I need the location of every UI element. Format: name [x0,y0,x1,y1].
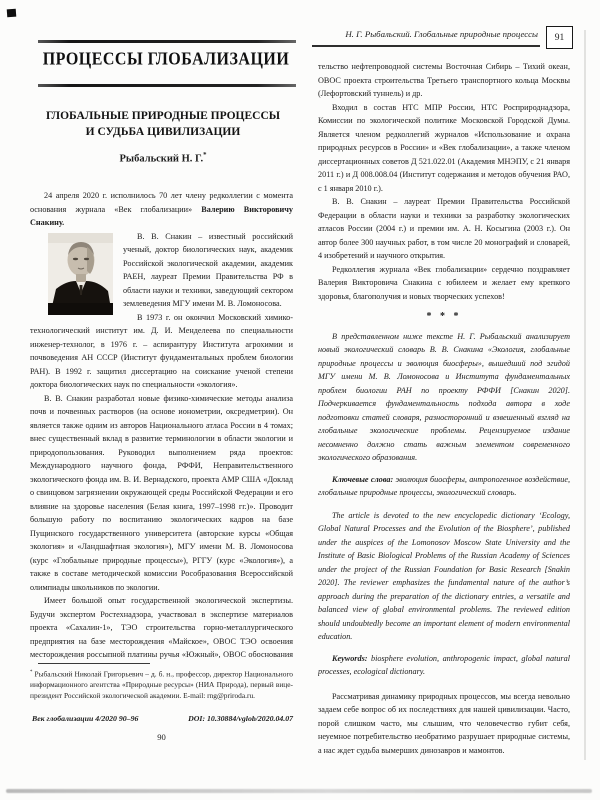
section-header: ПРОЦЕССЫ ГЛОБАЛИЗАЦИИ [40,48,292,69]
portrait-photo-graphic [48,233,113,315]
running-head: Н. Г. Рыбальский. Глобальные природные п… [312,29,538,39]
journal-issue-ref: Век глобализации 4/2020 90–96 [32,714,138,723]
paragraph-congratulation: Редколлегия журнала «Век глобализации» с… [318,263,570,304]
paragraph-intro: 24 апреля 2020 г. исполнилось 70 лет чле… [30,189,293,230]
keywords-ru-label: Ключевые слова: [332,475,393,484]
footnote-divider [38,663,150,664]
author-photo [48,233,113,315]
footnote: * Рыбальский Николай Григорьевич – д. б.… [30,668,293,701]
paragraph-councils: Входил в состав НТС МПР России, НТС Росп… [318,101,570,196]
paragraph-awards: В. В. Снакин – лауреат Премии Правительс… [318,195,570,263]
keywords-en-label: Keywords: [332,654,367,663]
section-rule-top [38,40,296,43]
section-rule-bottom [38,84,296,87]
doi-ref: DOI: 10.30884/vglob/2020.04.07 [188,714,293,723]
paragraph-education: В 1973 г. он окончил Московский химико-т… [30,311,293,392]
left-body-column: 24 апреля 2020 г. исполнилось 70 лет чле… [30,189,293,665]
paragraph-continuation: тельство нефтепроводной системы Восточна… [318,60,570,101]
right-body-column: тельство нефтепроводной системы Восточна… [318,60,570,780]
paragraph-achievements: В. В. Снакин разработал новые физико-хим… [30,392,293,595]
page-number-left: 90 [30,732,293,742]
article-title-line1: ГЛОБАЛЬНЫЕ ПРИРОДНЫЕ ПРОЦЕССЫ [33,108,293,124]
scan-page-edge [584,30,586,760]
abstract-en: The article is devoted to the new encycl… [318,509,570,644]
paragraph-article-start: Рассматривая динамику природных процессо… [318,690,570,758]
author-footnote-mark: * [203,152,206,159]
keywords-en: Keywords: biosphere evolution, anthropog… [318,652,570,679]
scan-bottom-edge [6,789,592,793]
footnote-text: Рыбальский Николай Григорьевич – д. б. н… [30,669,293,699]
article-title: ГЛОБАЛЬНЫЕ ПРИРОДНЫЕ ПРОЦЕССЫ И СУДЬБА Ц… [33,108,293,140]
running-head-rule [312,45,540,47]
author-line: Рыбальский Н. Г.* [33,152,293,165]
asterisk-separator: * * * [318,310,570,324]
article-title-line2: И СУДЬБА ЦИВИЛИЗАЦИИ [33,124,293,140]
journal-footer: Век глобализации 4/2020 90–96 DOI: 10.30… [32,714,293,723]
page-number-box: 91 [546,26,573,49]
scan-corner-mark [7,9,17,18]
scanned-journal-spread: { "left_page": { "section_header": "ПРОЦ… [0,0,600,800]
author-name: Рыбальский Н. Г. [119,154,203,165]
paragraph-expertise: Имеет большой опыт государственной эколо… [30,594,293,665]
keywords-ru: Ключевые слова: эволюция биосферы, антро… [318,473,570,500]
abstract-ru: В представленном ниже тексте Н. Г. Рыбал… [318,330,570,465]
